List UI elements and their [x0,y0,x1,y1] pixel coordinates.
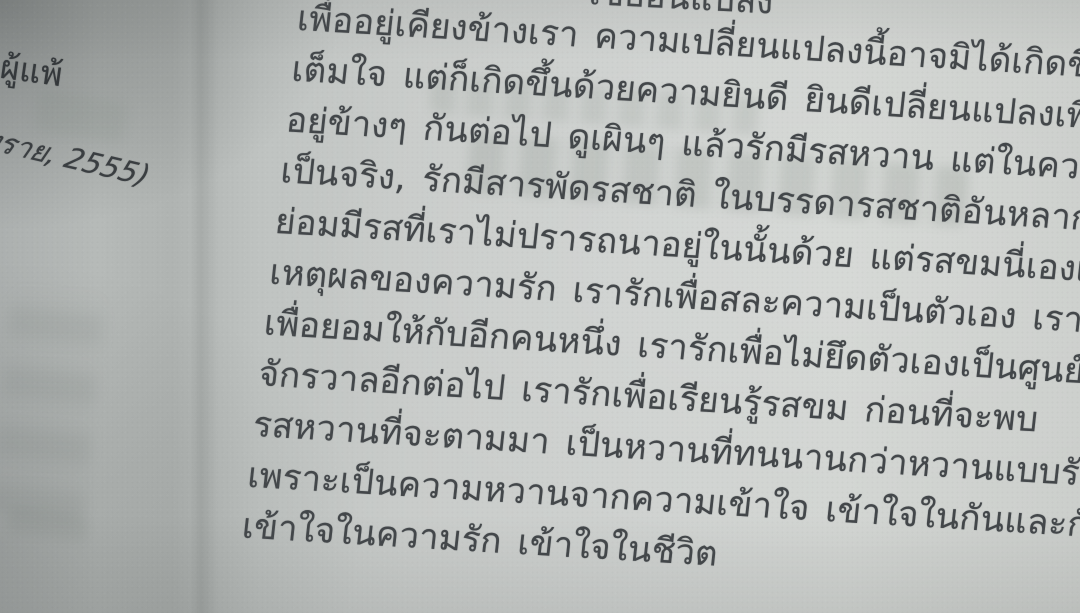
ghost-showthrough-smudge [7,507,90,544]
left-page-title-fragment: ผู้แพ้ [0,42,66,100]
book-page-photo: ผู้แพ้ ทราย, 2555) เขยื้อนแปลง เพื่ออยู่… [0,0,1080,613]
left-page-attribution-fragment: ทราย, 2555) [0,116,157,198]
body-text-block: เพื่ออยู่เคียงข้างเรา ความเปลี่ยนแปลงนี้… [239,0,1080,606]
ghost-showthrough-smudge [0,286,107,525]
